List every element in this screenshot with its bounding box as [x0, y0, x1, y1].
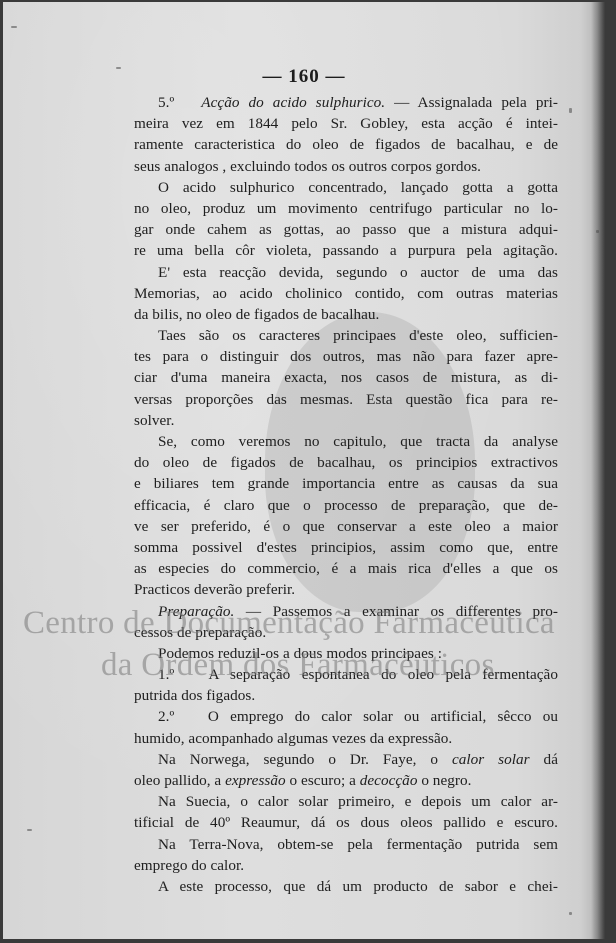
text-line: Practicos deverão preferir.	[134, 579, 558, 600]
italic-term: decocção	[360, 772, 418, 789]
text-line: Na Terra-Nova, obtem-se pela fermentação…	[134, 834, 558, 855]
page-edge-shadow	[591, 2, 605, 939]
line-text: O emprego do calor solar ou artificial, …	[208, 708, 558, 725]
text-line: tes para o distinguir dos outros, mas nã…	[134, 346, 558, 367]
section-heading: Acção do acido sulphurico.	[201, 94, 385, 111]
list-number: 2.º	[158, 708, 174, 725]
scan-speck	[569, 108, 572, 113]
line-text: o negro.	[417, 772, 471, 789]
line-text: o escuro; a	[286, 772, 360, 789]
text-line: ramente caracteristica do oleo de figado…	[134, 134, 558, 155]
line-text: oleo pallido, a	[134, 772, 225, 789]
page-body-text: 5.º Acção do acido sulphurico. — Assigna…	[134, 92, 558, 897]
text-line: gar onde cahem as gottas, ao passo que a…	[134, 219, 558, 240]
text-line: do oleo de figados de bacalhau, os princ…	[134, 452, 558, 473]
text-line: seus analogos , excluindo todos os outro…	[134, 156, 558, 177]
text-line: Na Suecia, o calor solar primeiro, e dep…	[134, 791, 558, 812]
text-line: E' esta reacção devida, segundo o auctor…	[134, 262, 558, 283]
text-line: putrida dos figados.	[134, 685, 558, 706]
text-line: Se, como veremos no capitulo, que tracta…	[134, 431, 558, 452]
scan-frame: — 160 — 5.º Acção do acido sulphurico. —…	[0, 0, 616, 943]
line-text: dá	[530, 751, 558, 768]
text-line: e biliares tem grande importancia entre …	[134, 473, 558, 494]
text-line: Na Norwega, segundo o Dr. Faye, o calor …	[134, 749, 558, 770]
text-line: no oleo, produz um movimento centrifugo …	[134, 198, 558, 219]
watermark-text-line1: Centro de Documentação Farmacêutica	[23, 605, 605, 642]
text-line: as especies do commercio, é a mais rica …	[134, 558, 558, 579]
text-line: versas proporções das mesmas. Esta quest…	[134, 389, 558, 410]
italic-term: calor solar	[452, 751, 530, 768]
text-line: A este processo, que dá um producto de s…	[134, 876, 558, 897]
scan-speck	[27, 829, 32, 831]
text-line: re uma bella côr violeta, passando a pur…	[134, 240, 558, 261]
text-line: somma possivel d'estes principios, assim…	[134, 537, 558, 558]
section-number: 5.º	[158, 94, 174, 111]
book-page: — 160 — 5.º Acção do acido sulphurico. —…	[3, 2, 605, 939]
text-line: humido, acompanhado algumas vezes da exp…	[134, 728, 558, 749]
page-number: — 160 —	[3, 66, 605, 88]
text-line: ve ser preferido, é o que conservar a es…	[134, 516, 558, 537]
text-line: Taes são os caracteres principaes d'este…	[134, 325, 558, 346]
text-line: ciar d'uma maneira exacta, nos casos de …	[134, 367, 558, 388]
text-line: efficacia, é claro que o processo de pre…	[134, 495, 558, 516]
watermark-text-line2: da Ordem dos Farmacêuticos	[101, 647, 605, 684]
scan-speck	[569, 912, 572, 915]
text-line: 2.º O emprego do calor solar ou artifici…	[134, 706, 558, 727]
line-text: Na Norwega, segundo o Dr. Faye, o	[158, 751, 452, 768]
text-line: Memorias, ao acido cholinico contido, co…	[134, 283, 558, 304]
line-text: — Assignalada pela pri-	[394, 94, 558, 111]
italic-term: expressão	[225, 772, 286, 789]
text-line: 5.º Acção do acido sulphurico. — Assigna…	[134, 92, 558, 113]
text-line: O acido sulphurico concentrado, lançado …	[134, 177, 558, 198]
text-line: emprego do calor.	[134, 855, 558, 876]
text-line: tificial de 40º Reaumur, dá os dous oleo…	[134, 812, 558, 833]
scan-speck	[11, 26, 17, 28]
text-line: oleo pallido, a expressão o escuro; a de…	[134, 770, 558, 791]
text-line: meira vez em 1844 pelo Sr. Gobley, esta …	[134, 113, 558, 134]
text-line: solver.	[134, 410, 558, 431]
text-line: da bilis, no oleo de figados de bacalhau…	[134, 304, 558, 325]
